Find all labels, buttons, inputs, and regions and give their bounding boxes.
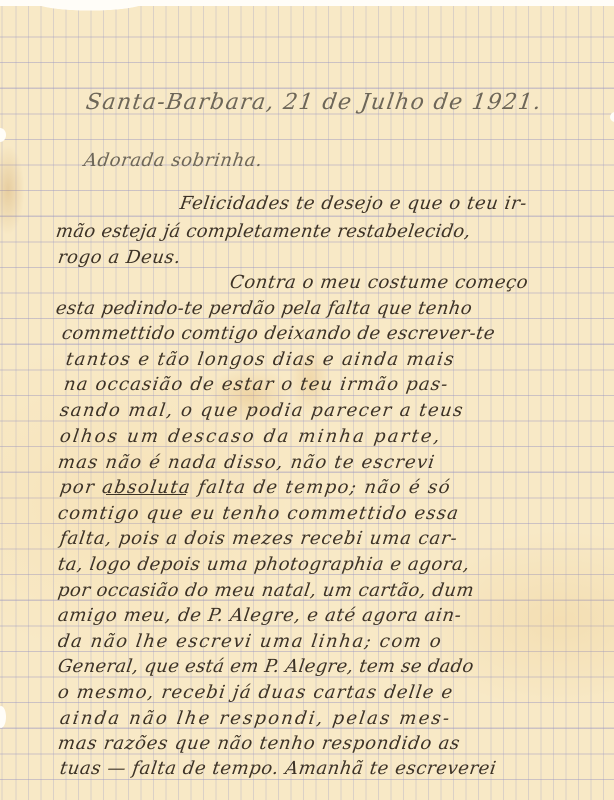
letter-line: ainda não lhe respondi, pelas mes- (59, 708, 453, 729)
letter-line: mão esteja já completamente restabelecid… (55, 221, 473, 242)
letter-line: tuas — falta de tempo. Amanhã te escreve… (59, 758, 498, 779)
letter-line: amigo meu, de P. Alegre, e até agora ain… (57, 605, 464, 626)
paper-edge-nick (0, 706, 6, 728)
letter-line: rogo a Deus. (57, 247, 183, 268)
letter-line: por occasião do meu natal, um cartão, du… (57, 580, 476, 601)
letter-line: Contra o meu costume começo (229, 272, 530, 293)
letter-line: Felicidades te desejo e que o teu ir- (179, 193, 529, 214)
letter-line: da não lhe escrevi uma linha; com o (57, 631, 444, 652)
letter-line: commettido comtigo deixando de escrever-… (61, 323, 497, 344)
letter-salutation: Adorada sobrinha. (83, 150, 264, 171)
torn-paper-edge (0, 0, 614, 18)
letter-line: mas não é nada disso, não te escrevi (57, 452, 437, 473)
letter-line: sando mal, o que podia parecer a teus (59, 400, 466, 421)
letter-line: na occasião de estar o teu irmão pas- (63, 374, 451, 395)
letter-line: mas razões que não tenho respondido as (57, 733, 462, 754)
letter-line: tantos e tão longos dias e ainda mais (65, 349, 457, 370)
paper-edge-nick (610, 112, 614, 122)
letter-line: ta, logo depois uma photographia e agora… (57, 554, 472, 575)
underline-absoluta (106, 494, 186, 495)
letter-line: comtigo que eu tenho commettido essa (57, 503, 461, 524)
letter-line: olhos um descaso da minha parte, (59, 426, 444, 447)
letter-place-date: Santa-Barbara, 21 de Julho de 1921. (84, 90, 543, 115)
letter-line: General, que está em P. Alegre, tem se d… (57, 656, 476, 677)
letter-line: falta, pois a dois mezes recebi uma car- (59, 528, 460, 549)
letter-line: o mesmo, recebi já duas cartas delle e (57, 682, 455, 703)
letter-page: Santa-Barbara, 21 de Julho de 1921. Ador… (0, 0, 614, 800)
paper-edge-nick (0, 128, 6, 142)
letter-line: esta pedindo-te perdão pela falta que te… (55, 298, 474, 319)
